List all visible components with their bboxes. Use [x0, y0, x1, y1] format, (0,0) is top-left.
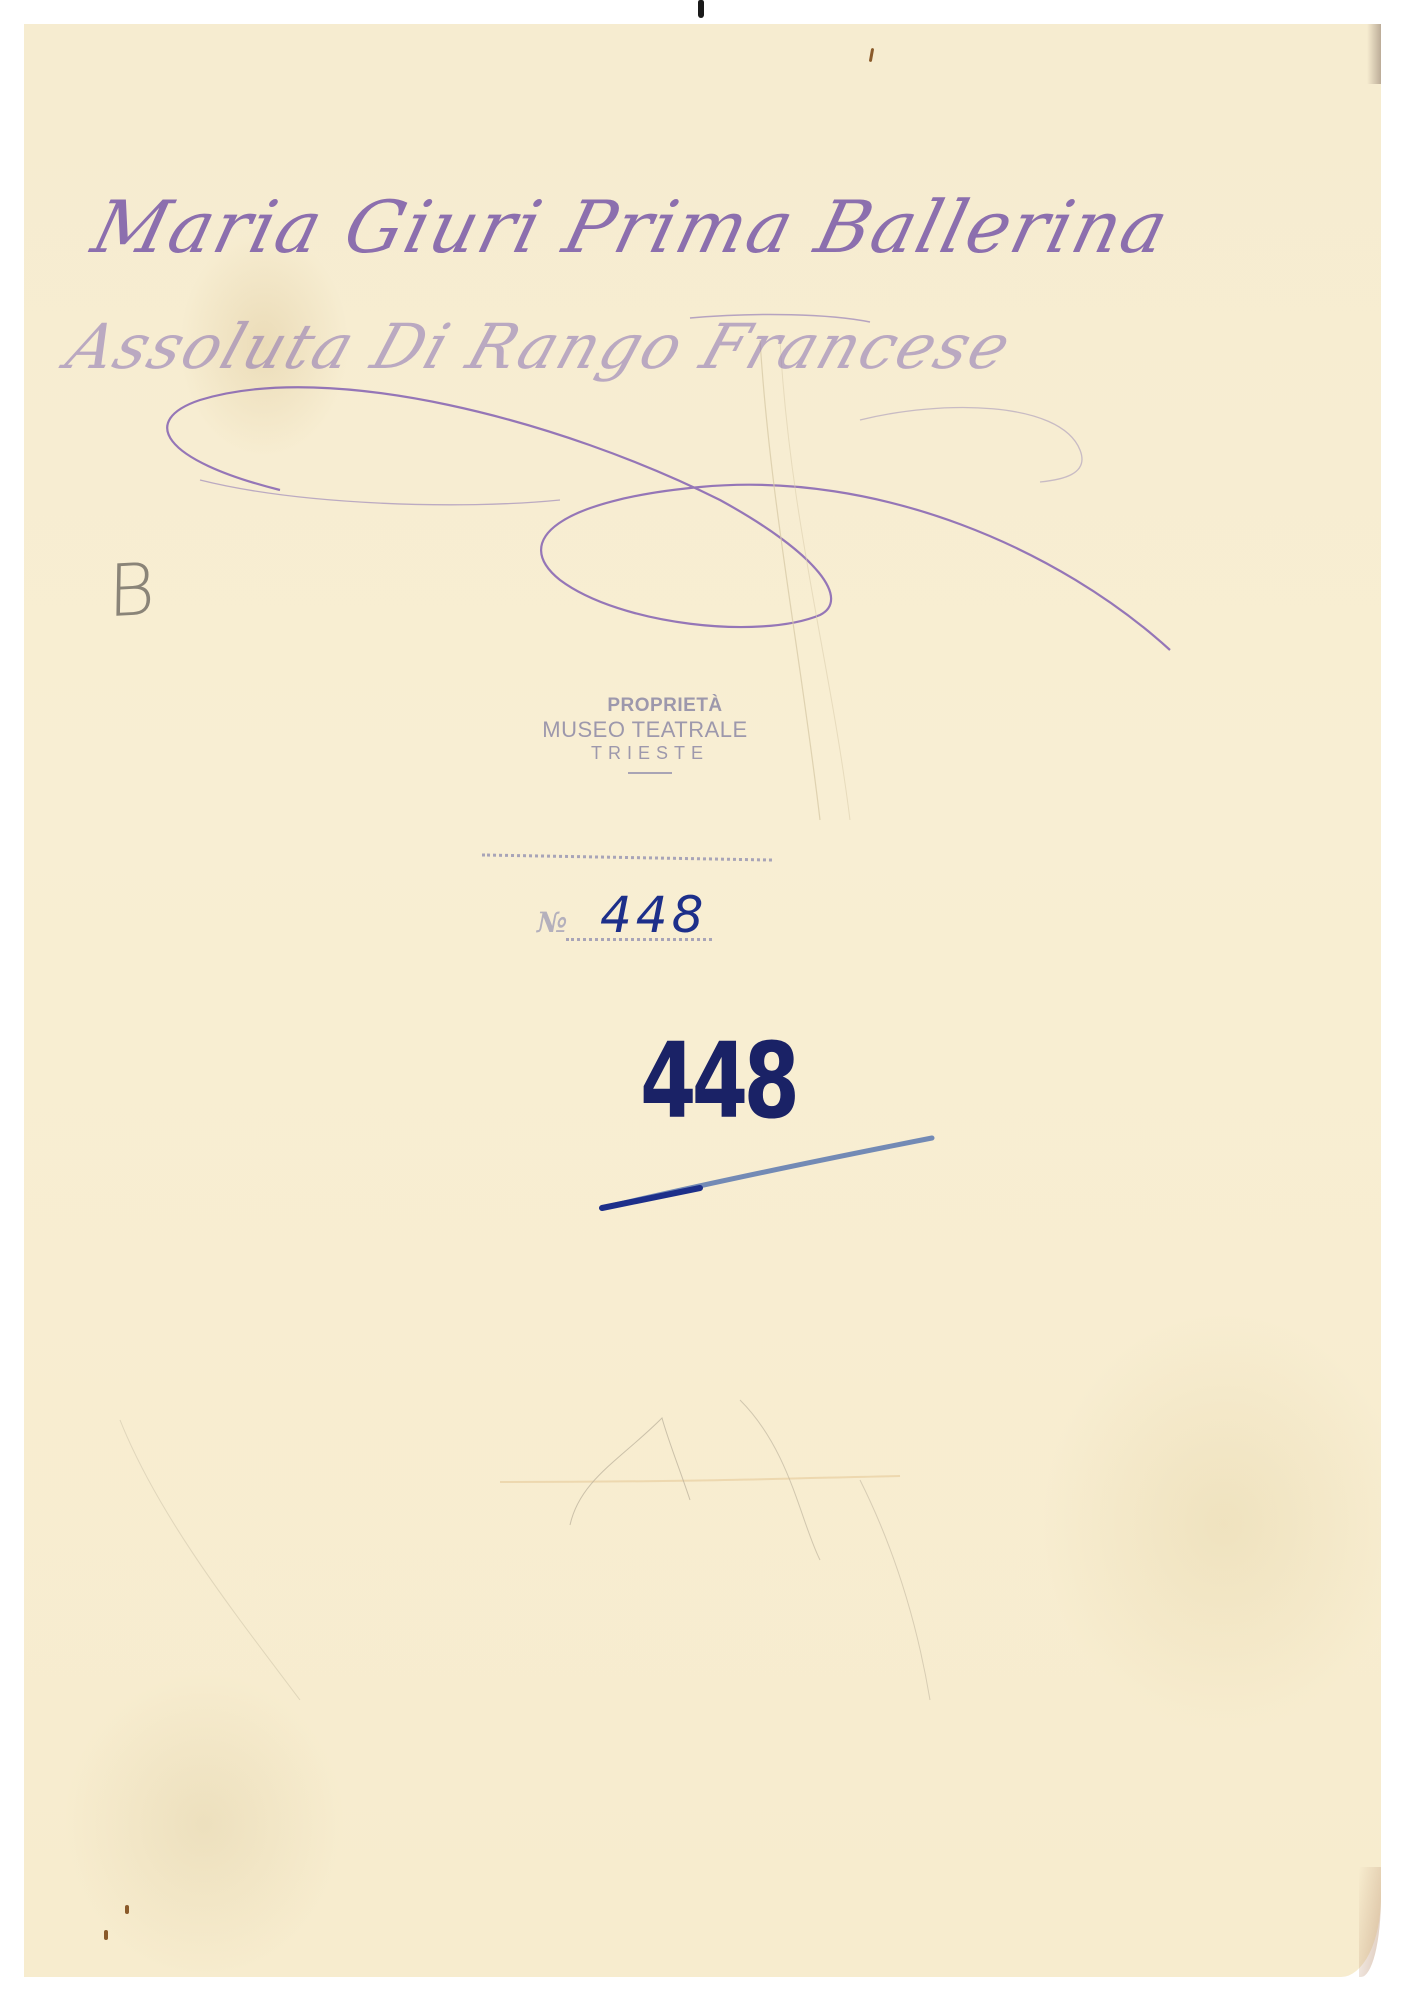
stamp-line-2: MUSEO TEATRALE: [510, 717, 780, 743]
inscription-line-2: Assoluta Di Rango Francese: [58, 310, 1021, 383]
pencil-sketch: [120, 1420, 300, 1700]
stamp-line-3: TRIESTE: [520, 743, 780, 764]
number-sign: №: [537, 906, 567, 939]
paper-crease: [500, 1476, 900, 1482]
ownership-stamp: PROPRIETÀ MUSEO TEATRALE TRIESTE: [510, 695, 780, 774]
pencil-sketch: [860, 1480, 930, 1700]
stamp-rule: [628, 772, 672, 774]
pencil-letter-mark: B: [107, 547, 156, 633]
paper-crease: [780, 340, 850, 820]
flourish-right-curl: [860, 408, 1082, 482]
blue-underline-stroke-dark: [602, 1188, 700, 1208]
flourish-upper-loop: [167, 387, 1170, 650]
ink-flourishes: [0, 0, 1406, 2000]
large-inventory-number: 448: [640, 1020, 795, 1142]
inventory-number: 448: [600, 886, 707, 944]
pencil-sketch: [570, 1418, 690, 1525]
stamp-line-1: PROPRIETÀ: [550, 695, 780, 717]
inscription-line-1: Maria Giuri Prima Ballerina: [85, 185, 1178, 269]
